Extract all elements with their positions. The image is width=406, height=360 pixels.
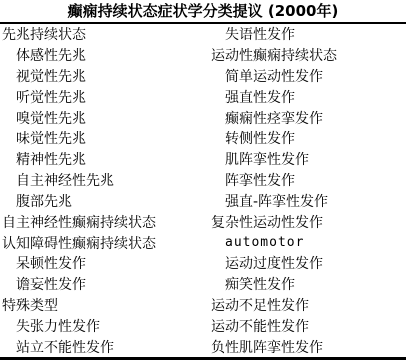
table-row-label: 痴笑性发作 bbox=[225, 274, 295, 294]
table-row: 运动过度性发作 bbox=[203, 253, 406, 274]
table-row: 自主神经性癫痫持续状态 bbox=[0, 211, 203, 232]
table-row: 自主神经性先兆 bbox=[0, 170, 203, 191]
table-row: 特殊类型 bbox=[0, 295, 203, 316]
table-column-right: 失语性发作运动性癫痫持续状态简单运动性发作强直性发作癫痫性痉挛发作转侧性发作肌阵… bbox=[203, 24, 406, 357]
table-row-label: 呆顿性发作 bbox=[16, 253, 86, 273]
table-row: 先兆持续状态 bbox=[0, 24, 203, 45]
table-row-label: 负性肌阵挛性发作 bbox=[211, 337, 323, 357]
table-row: 味觉性先兆 bbox=[0, 128, 203, 149]
table-row-label: 运动性癫痫持续状态 bbox=[211, 45, 337, 65]
table-row: 复杂性运动性发作 bbox=[203, 211, 406, 232]
table-column-left: 先兆持续状态体感性先兆视觉性先兆听觉性先兆嗅觉性先兆味觉性先兆精神性先兆自主神经… bbox=[0, 24, 203, 357]
table-row-label: 味觉性先兆 bbox=[16, 128, 86, 148]
table-row-label: 强直性发作 bbox=[225, 87, 295, 107]
table-row-label: 精神性先兆 bbox=[16, 149, 86, 169]
table-row-label: 运动过度性发作 bbox=[225, 253, 323, 273]
table-row-label: 先兆持续状态 bbox=[2, 24, 86, 44]
table-row: 谵妄性发作 bbox=[0, 274, 203, 295]
table-row: 嗅觉性先兆 bbox=[0, 107, 203, 128]
table-row: 腹部先兆 bbox=[0, 191, 203, 212]
table-row: 肌阵挛性发作 bbox=[203, 149, 406, 170]
table-row-label: 站立不能性发作 bbox=[16, 337, 114, 357]
table-row-label: 谵妄性发作 bbox=[16, 274, 86, 294]
table-row-label: 自主神经性癫痫持续状态 bbox=[2, 212, 156, 232]
table-row-label: 嗅觉性先兆 bbox=[16, 108, 86, 128]
table-row-label: automotor bbox=[225, 235, 304, 250]
table-row: 运动性癫痫持续状态 bbox=[203, 45, 406, 66]
table-row-label: 强直-阵挛性发作 bbox=[225, 191, 328, 211]
table-row: 痴笑性发作 bbox=[203, 274, 406, 295]
table-row-label: 失张力性发作 bbox=[16, 316, 100, 336]
table-row: 阵挛性发作 bbox=[203, 170, 406, 191]
table-row-label: 阵挛性发作 bbox=[225, 170, 295, 190]
table-row-label: 复杂性运动性发作 bbox=[211, 212, 323, 232]
table-row: 失张力性发作 bbox=[0, 315, 203, 336]
table-row-label: 特殊类型 bbox=[2, 295, 58, 315]
table-row-label: 运动不足性发作 bbox=[211, 295, 309, 315]
table-row: 运动不足性发作 bbox=[203, 295, 406, 316]
table-row-label: 运动不能性发作 bbox=[211, 316, 309, 336]
table-row: 癫痫性痉挛发作 bbox=[203, 107, 406, 128]
table-row-label: 失语性发作 bbox=[225, 24, 295, 44]
table-body: 先兆持续状态体感性先兆视觉性先兆听觉性先兆嗅觉性先兆味觉性先兆精神性先兆自主神经… bbox=[0, 24, 406, 357]
table-row: 认知障碍性癫痫持续状态 bbox=[0, 232, 203, 253]
table-row-label: 转侧性发作 bbox=[225, 128, 295, 148]
table-row: 强直性发作 bbox=[203, 86, 406, 107]
table-row: automotor bbox=[203, 232, 406, 253]
table-row-label: 肌阵挛性发作 bbox=[225, 149, 309, 169]
table-row: 体感性先兆 bbox=[0, 45, 203, 66]
table-row: 强直-阵挛性发作 bbox=[203, 191, 406, 212]
table-row-label: 腹部先兆 bbox=[16, 191, 72, 211]
table-row: 视觉性先兆 bbox=[0, 66, 203, 87]
table-row: 负性肌阵挛性发作 bbox=[203, 336, 406, 357]
table-row-label: 视觉性先兆 bbox=[16, 66, 86, 86]
table-row: 精神性先兆 bbox=[0, 149, 203, 170]
table-row-label: 听觉性先兆 bbox=[16, 87, 86, 107]
table-row: 运动不能性发作 bbox=[203, 315, 406, 336]
table-row-label: 简单运动性发作 bbox=[225, 66, 323, 86]
table-row: 站立不能性发作 bbox=[0, 336, 203, 357]
table-row-label: 自主神经性先兆 bbox=[16, 170, 114, 190]
table-row-label: 癫痫性痉挛发作 bbox=[225, 108, 323, 128]
table-row: 简单运动性发作 bbox=[203, 66, 406, 87]
table-row: 听觉性先兆 bbox=[0, 86, 203, 107]
table-row: 呆顿性发作 bbox=[0, 253, 203, 274]
table-row-label: 体感性先兆 bbox=[16, 45, 86, 65]
classification-table-page: 癫痫持续状态症状学分类提议 (2000年) 先兆持续状态体感性先兆视觉性先兆听觉… bbox=[0, 0, 406, 360]
table-row: 转侧性发作 bbox=[203, 128, 406, 149]
table-row: 失语性发作 bbox=[203, 24, 406, 45]
table-row-label: 认知障碍性癫痫持续状态 bbox=[2, 233, 156, 253]
page-title: 癫痫持续状态症状学分类提议 (2000年) bbox=[0, 0, 406, 24]
